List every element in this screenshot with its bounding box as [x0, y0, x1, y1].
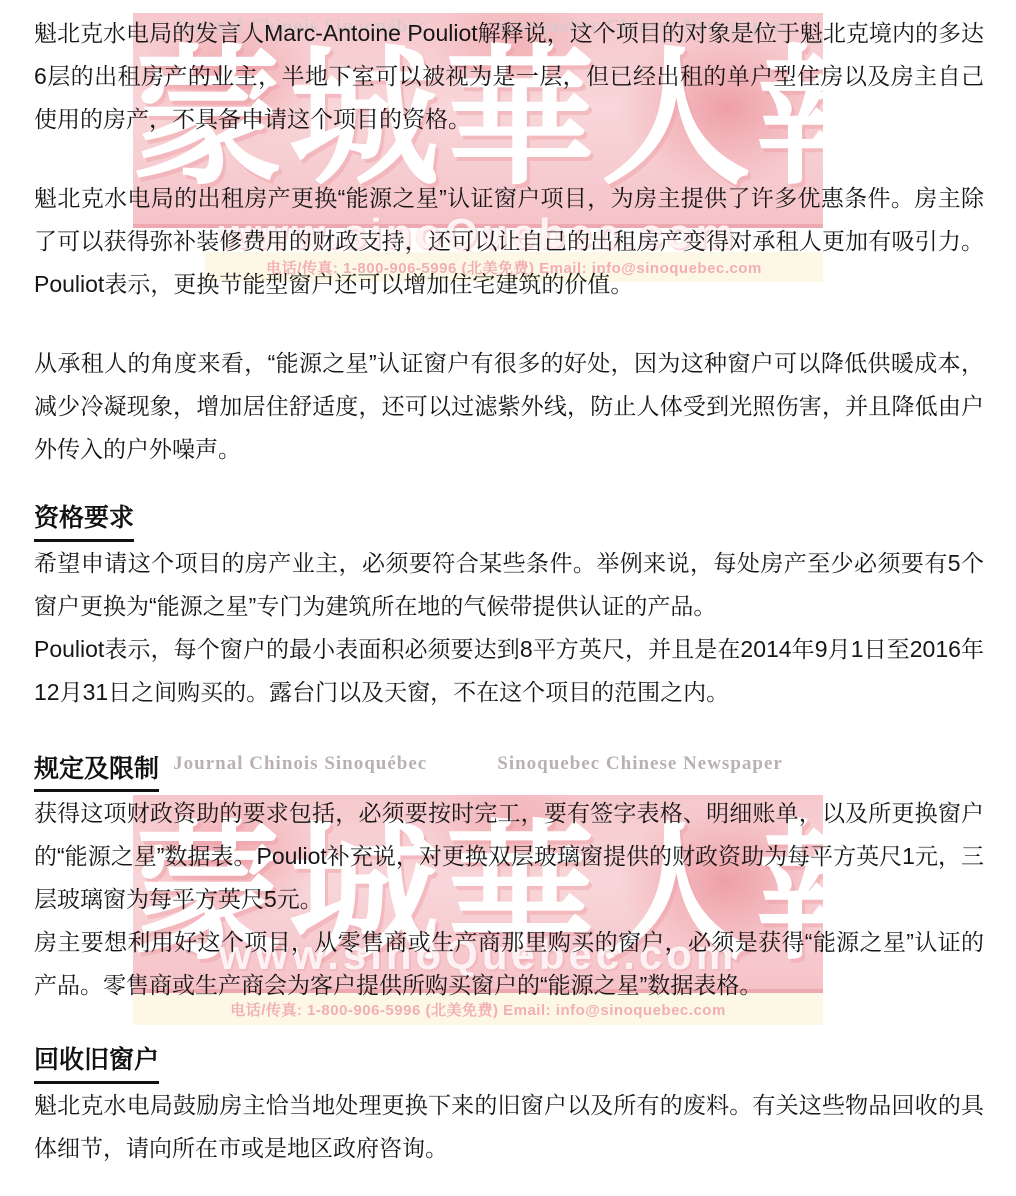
paragraph-program-benefits: 魁北克水电局的出租房产更换“能源之星”认证窗户项目，为房主提供了许多优惠条件。房…	[34, 177, 984, 306]
heading-text: 回收旧窗户	[34, 1047, 159, 1084]
paragraph-recycling-advice: 魁北克水电局鼓励房主恰当地处理更换下来的旧窗户以及所有的废料。有关这些物品回收的…	[34, 1084, 984, 1170]
paragraph-eligibility-conditions: 希望申请这个项目的房产业主，必须要符合某些条件。举例来说，每处房产至少必须要有5…	[34, 542, 984, 628]
paragraph-eligible-owners: 魁北克水电局的发言人Marc-Antoine Pouliot解释说，这个项目的对…	[34, 12, 984, 141]
section-heading-recycling: 回收旧窗户	[34, 1039, 984, 1084]
paragraph-tenant-benefits: 从承租人的角度来看，“能源之星”认证窗户有很多的好处，因为这种窗户可以降低供暖成…	[34, 342, 984, 471]
paragraph-window-size-dates: Pouliot表示，每个窗户的最小表面积必须要达到8平方英尺，并且是在2014年…	[34, 628, 984, 714]
heading-text: 规定及限制	[34, 756, 159, 793]
article-body: 魁北克水电局的发言人Marc-Antoine Pouliot解释说，这个项目的对…	[0, 0, 1016, 1170]
paragraph-funding-requirements: 获得这项财政资助的要求包括，必须要按时完工，要有签字表格、明细账单，以及所更换窗…	[34, 792, 984, 921]
section-heading-rules: 规定及限制	[34, 748, 984, 793]
paragraph-certified-products: 房主要想利用好这个项目，从零售商或生产商那里购买的窗户，必须是获得“能源之星”认…	[34, 921, 984, 1007]
heading-text: 资格要求	[34, 505, 134, 542]
section-heading-eligibility: 资格要求	[34, 497, 984, 542]
